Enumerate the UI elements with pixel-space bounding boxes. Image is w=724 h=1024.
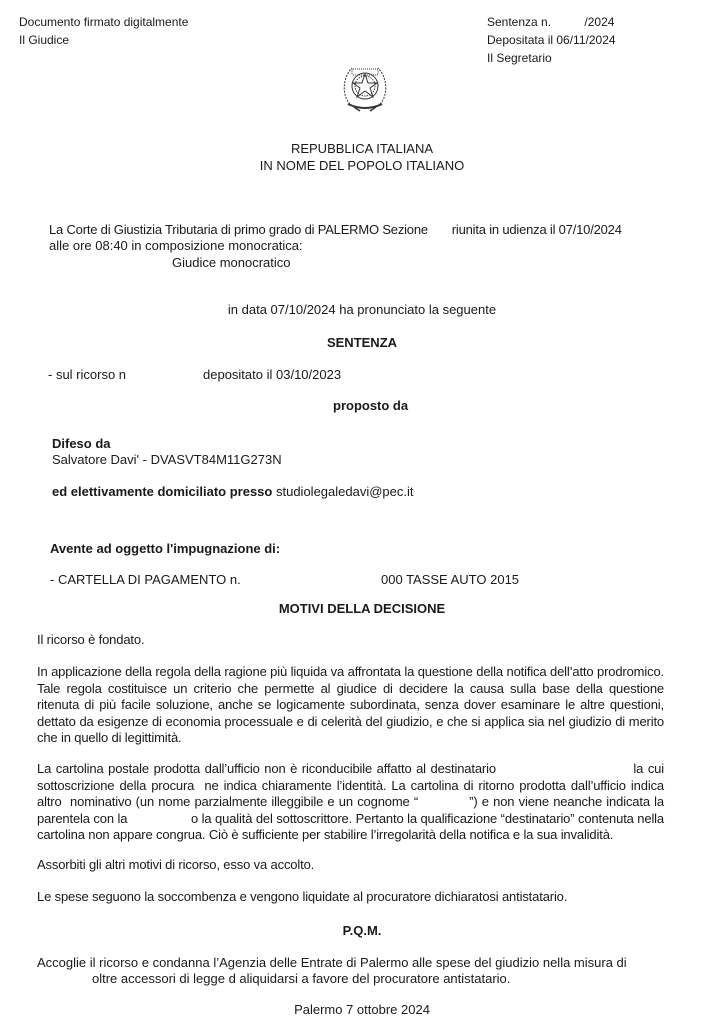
dispositivo-line2: oltre accessori di legge d aliquidarsi a… (92, 970, 510, 987)
domicilio-label: ed elettivamente domiciliato presso (52, 484, 272, 499)
paragraph-assorbiti: Assorbiti gli altri motivi di ricorso, e… (37, 857, 664, 874)
ricorso-deposit-date: depositato il 03/10/2023 (203, 366, 341, 383)
header-secretary: Il Segretario (487, 49, 552, 67)
header-left-signed: Documento firmato digitalmente (19, 13, 188, 31)
paragraph-ragione-liquida: In applicazione della regola della ragio… (37, 664, 664, 747)
motivi-heading: MOTIVI DELLA DECISIONE (0, 600, 724, 617)
closing-place-date: Palermo 7 ottobre 2024 (0, 1001, 724, 1018)
difeso-label: Difeso da (52, 435, 111, 452)
ricorso-number: - sul ricorso n (48, 366, 126, 383)
difeso-value: Salvatore Davi' - DVASVT84M11G273N (52, 451, 282, 468)
title-people: IN NOME DEL POPOLO ITALIANO (0, 157, 724, 174)
oggetto-item-suffix: 000 TASSE AUTO 2015 (381, 571, 519, 588)
oggetto-item-prefix: - CARTELLA DI PAGAMENTO n. (50, 571, 241, 588)
header-left-judge: Il Giudice (19, 31, 69, 49)
domicilio-email: studiolegaledavi@pec.it (276, 484, 414, 499)
italian-republic-emblem-icon (340, 60, 390, 116)
header-deposit-date: Depositata il 06/11/2024 (487, 31, 616, 49)
header-sentence-number: Sentenza n. /2024 (487, 13, 614, 31)
paragraph-cartolina: La cartolina postale prodotta dall’uffic… (37, 761, 664, 844)
dispositivo-line1: Accoglie il ricorso e condanna l’Agenzia… (37, 954, 627, 971)
intro-judge-role: Giudice monocratico (172, 254, 291, 271)
proposto-da-heading: proposto da (333, 397, 408, 414)
oggetto-label: Avente ad oggetto l'impugnazione di: (50, 540, 280, 557)
pqm-heading: P.Q.M. (0, 922, 724, 939)
paragraph-spese: Le spese seguono la soccombenza e vengon… (37, 889, 664, 906)
intro-court: La Corte di Giustizia Tributaria di prim… (49, 221, 622, 238)
title-republic: REPUBBLICA ITALIANA (0, 140, 724, 157)
sentenza-heading: SENTENZA (0, 334, 724, 351)
pronounced-line: in data 07/10/2024 ha pronunciato la seg… (0, 301, 724, 318)
intro-time: alle ore 08:40 in composizione monocrati… (49, 237, 303, 254)
paragraph-fondato: Il ricorso è fondato. (37, 632, 664, 649)
domicilio-line: ed elettivamente domiciliato presso stud… (52, 483, 414, 500)
